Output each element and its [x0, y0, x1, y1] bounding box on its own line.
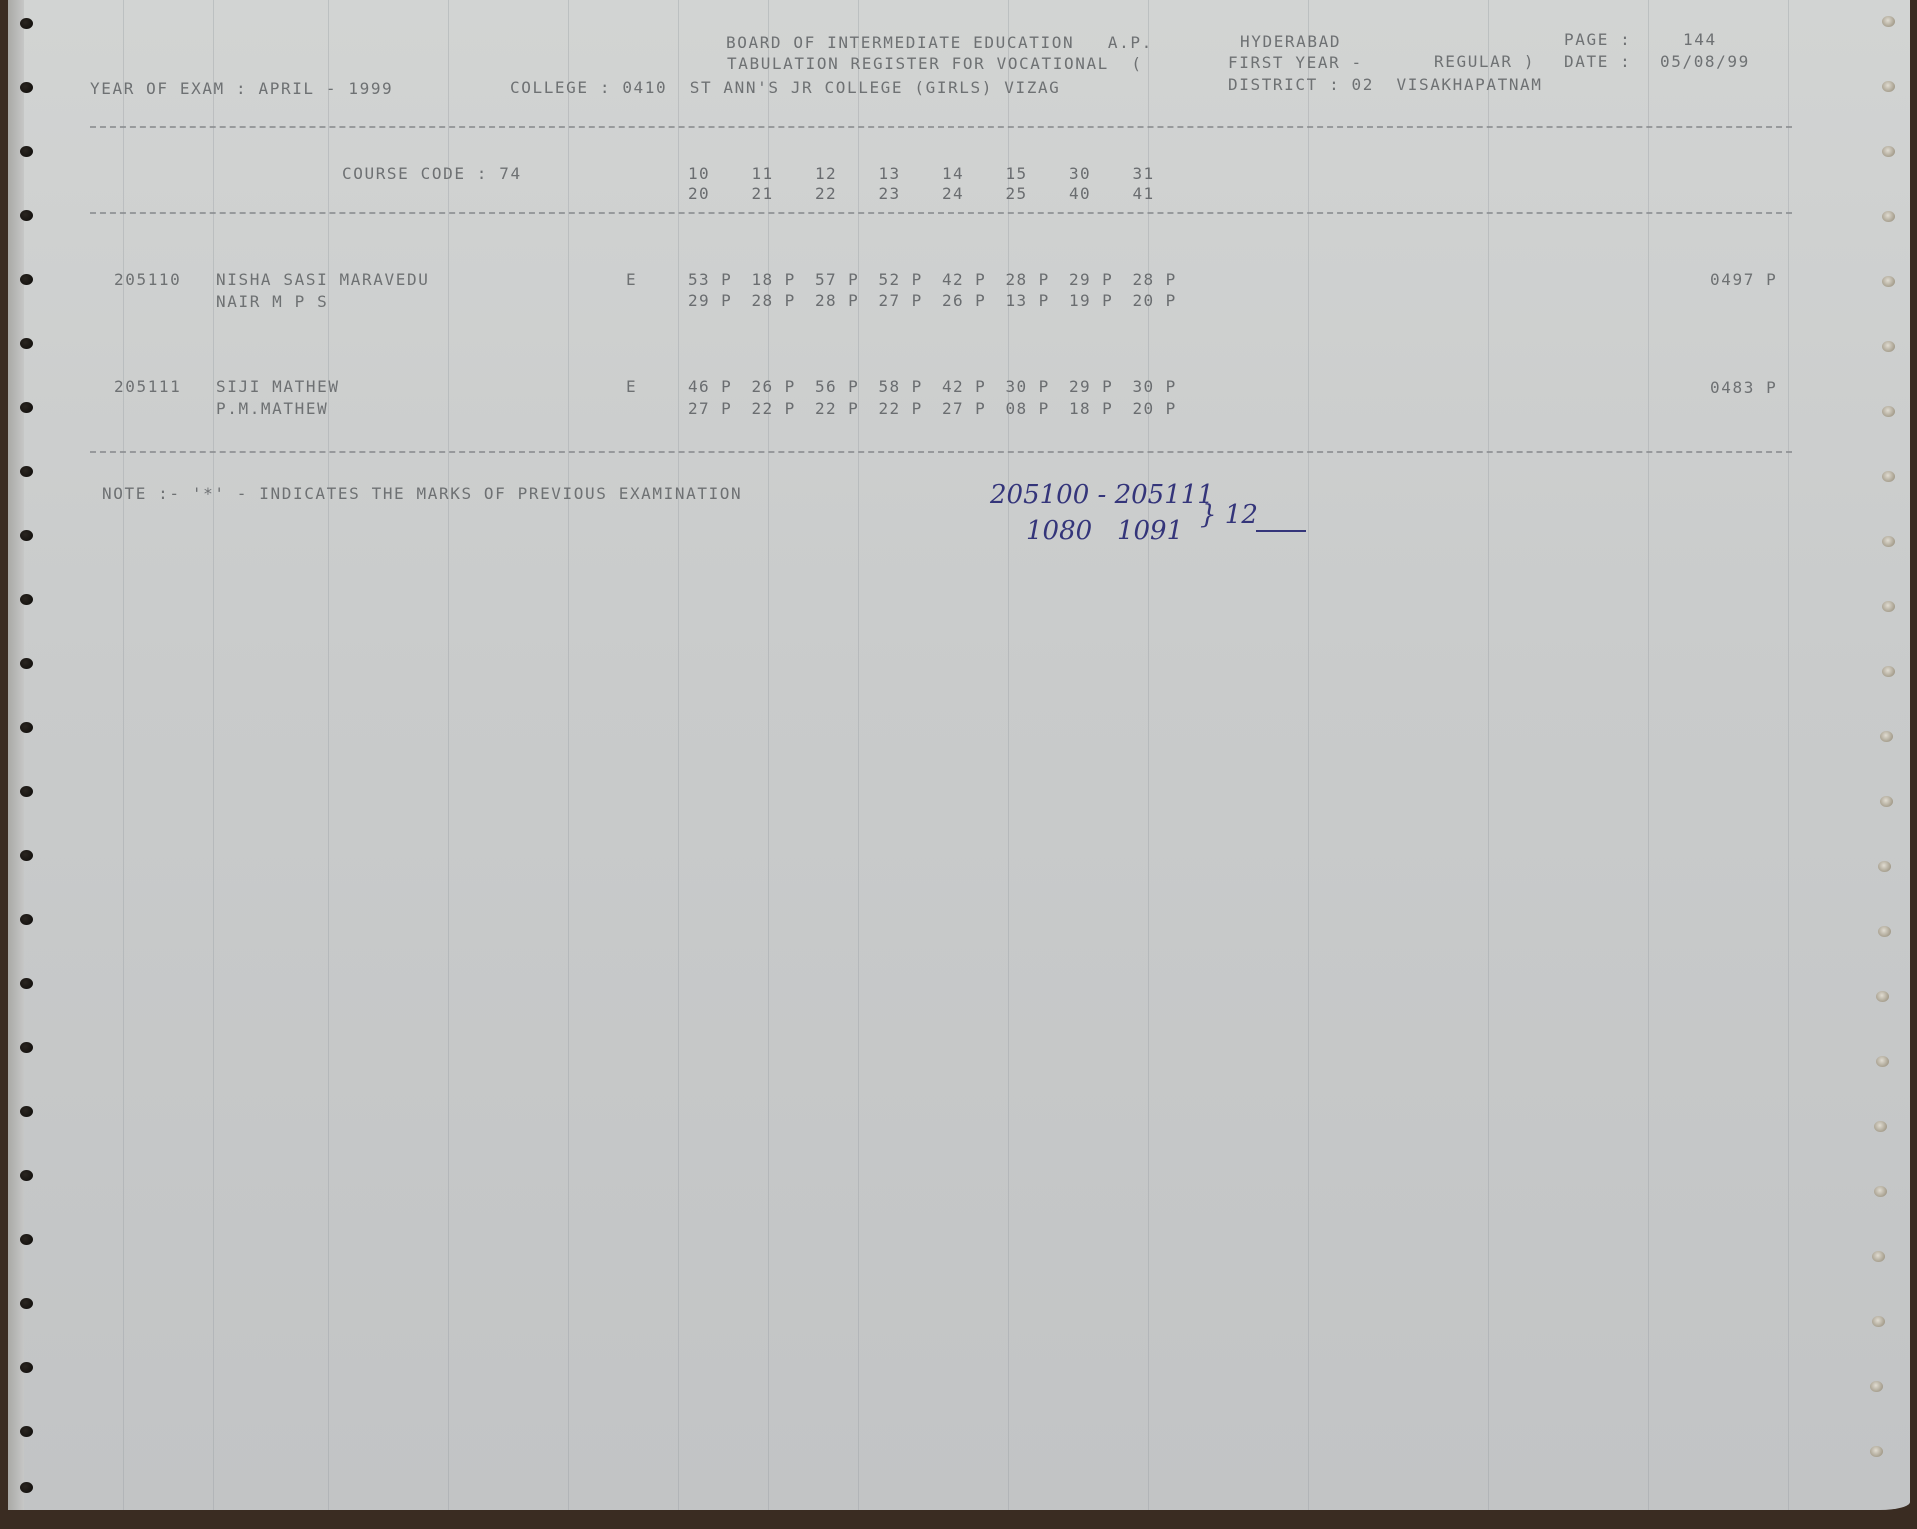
course-code: COURSE CODE : 74 — [342, 164, 522, 184]
paper-ruling — [1008, 0, 1009, 1510]
feed-hole-icon — [1878, 926, 1891, 937]
subject-mark: 20 P — [1133, 399, 1197, 419]
feed-hole-icon — [20, 978, 33, 989]
subject-mark: 18 P — [752, 270, 816, 290]
roll-number: 205110 — [114, 270, 181, 290]
paper-ruling — [1308, 0, 1309, 1510]
subject-mark: 57 P — [815, 270, 879, 290]
feed-hole-icon — [20, 658, 33, 669]
subject-mark: 29 P — [1069, 377, 1133, 397]
subject-mark: 46 P — [688, 377, 752, 397]
subject-code: 11 — [752, 164, 816, 184]
subject-code: 14 — [942, 164, 1006, 184]
feed-hole-icon — [1882, 276, 1895, 287]
subject-mark: 30 P — [1006, 377, 1070, 397]
dashed-separator — [90, 126, 1792, 128]
district-info: DISTRICT : 02 VISAKHAPATNAM — [1228, 75, 1543, 95]
handwritten-count: } 12 — [1200, 500, 1258, 530]
feed-hole-icon — [20, 1298, 33, 1309]
total-marks: 0483 P — [1710, 378, 1777, 398]
sheet-left-fold — [8, 0, 24, 1510]
medium: E — [626, 270, 637, 290]
paper-ruling — [768, 0, 769, 1510]
subject-mark: 29 P — [688, 291, 752, 311]
subject-code: 24 — [942, 184, 1006, 204]
year-of-exam: YEAR OF EXAM : APRIL - 1999 — [90, 79, 393, 99]
feed-hole-icon — [20, 530, 33, 541]
subject-code: 10 — [688, 164, 752, 184]
feed-hole-icon — [20, 594, 33, 605]
marks-row1: 53 P 18 P 57 P 52 P 42 P 28 P 29 P 28 P — [688, 270, 1196, 290]
parent-name: NAIR M P S — [216, 292, 328, 312]
feed-hole-icon — [20, 1482, 33, 1493]
subject-mark: 28 P — [815, 291, 879, 311]
subject-mark: 42 P — [942, 377, 1006, 397]
page-number: 144 — [1683, 30, 1717, 50]
feed-hole-icon — [1882, 211, 1895, 222]
print-date: 05/08/99 — [1660, 52, 1750, 72]
subject-code: 21 — [752, 184, 816, 204]
feed-hole-icon — [20, 18, 33, 29]
feed-hole-icon — [1876, 991, 1889, 1002]
paper-ruling — [448, 0, 449, 1510]
subject-mark: 27 P — [688, 399, 752, 419]
feed-hole-icon — [20, 274, 33, 285]
subject-mark: 28 P — [1133, 270, 1197, 290]
footnote: NOTE :- '*' - INDICATES THE MARKS OF PRE… — [102, 484, 742, 504]
register-title: TABULATION REGISTER FOR VOCATIONAL ( — [727, 54, 1143, 74]
subject-code: 25 — [1006, 184, 1070, 204]
paper-ruling — [213, 0, 214, 1510]
subject-mark: 52 P — [879, 270, 943, 290]
year-type: FIRST YEAR - — [1228, 53, 1363, 73]
medium: E — [626, 377, 637, 397]
paper-ruling — [1788, 0, 1789, 1510]
feed-hole-icon — [20, 466, 33, 477]
college-info: COLLEGE : 0410 ST ANN'S JR COLLEGE (GIRL… — [510, 78, 1060, 98]
feed-hole-icon — [20, 1426, 33, 1437]
feed-hole-icon — [20, 914, 33, 925]
feed-hole-icon — [1870, 1381, 1883, 1392]
subject-mark: 22 P — [752, 399, 816, 419]
board-title: BOARD OF INTERMEDIATE EDUCATION A.P. — [726, 33, 1153, 53]
feed-hole-icon — [20, 786, 33, 797]
feed-hole-icon — [20, 722, 33, 733]
feed-hole-icon — [20, 850, 33, 861]
subject-code: 31 — [1133, 164, 1197, 184]
feed-hole-icon — [20, 402, 33, 413]
subject-code: 40 — [1069, 184, 1133, 204]
feed-hole-icon — [1882, 341, 1895, 352]
feed-hole-icon — [1882, 16, 1895, 27]
feed-hole-icon — [20, 1362, 33, 1373]
handwritten-underline — [1256, 530, 1306, 532]
subject-mark: 53 P — [688, 270, 752, 290]
paper-ruling — [1488, 0, 1489, 1510]
subject-mark: 27 P — [879, 291, 943, 311]
student-name: SIJI MATHEW — [216, 377, 340, 397]
feed-hole-icon — [1874, 1121, 1887, 1132]
feed-hole-icon — [1882, 146, 1895, 157]
subject-mark: 18 P — [1069, 399, 1133, 419]
subject-code: 30 — [1069, 164, 1133, 184]
subject-codes-row2: 20 21 22 23 24 25 40 41 — [688, 184, 1196, 204]
feed-hole-icon — [1880, 731, 1893, 742]
printed-register-sheet: BOARD OF INTERMEDIATE EDUCATION A.P. HYD… — [8, 0, 1910, 1510]
paper-ruling — [123, 0, 124, 1510]
subject-code: 12 — [815, 164, 879, 184]
feed-hole-icon — [1882, 536, 1895, 547]
feed-hole-icon — [1872, 1251, 1885, 1262]
subject-mark: 13 P — [1006, 291, 1070, 311]
subject-mark: 08 P — [1006, 399, 1070, 419]
subject-code: 20 — [688, 184, 752, 204]
feed-hole-icon — [1876, 1056, 1889, 1067]
handwritten-roll-range: 205100 - 205111 — [990, 480, 1214, 510]
subject-mark: 20 P — [1133, 291, 1197, 311]
subject-mark: 58 P — [879, 377, 943, 397]
paper-ruling — [568, 0, 569, 1510]
subject-code: 23 — [879, 184, 943, 204]
marks-row2: 29 P 28 P 28 P 27 P 26 P 13 P 19 P 20 P — [688, 291, 1196, 311]
subject-mark: 19 P — [1069, 291, 1133, 311]
feed-hole-icon — [20, 1106, 33, 1117]
subject-mark: 56 P — [815, 377, 879, 397]
subject-mark: 30 P — [1133, 377, 1197, 397]
feed-hole-icon — [1882, 81, 1895, 92]
paper-ruling — [678, 0, 679, 1510]
dashed-separator — [90, 451, 1792, 453]
subject-code: 13 — [879, 164, 943, 184]
feed-hole-icon — [1874, 1186, 1887, 1197]
exam-type: REGULAR ) — [1434, 52, 1535, 72]
student-name: NISHA SASI MARAVEDU — [216, 270, 429, 290]
feed-hole-icon — [1870, 1446, 1883, 1457]
board-city: HYDERABAD — [1240, 32, 1341, 52]
page-label: PAGE : — [1564, 30, 1631, 50]
paper-ruling — [858, 0, 859, 1510]
subject-codes-row1: 10 11 12 13 14 15 30 31 — [688, 164, 1196, 184]
subject-mark: 27 P — [942, 399, 1006, 419]
subject-code: 41 — [1133, 184, 1197, 204]
feed-hole-icon — [20, 82, 33, 93]
subject-mark: 28 P — [752, 291, 816, 311]
feed-hole-icon — [1882, 471, 1895, 482]
feed-hole-icon — [1880, 796, 1893, 807]
subject-code: 22 — [815, 184, 879, 204]
feed-hole-icon — [20, 1042, 33, 1053]
feed-hole-icon — [20, 1234, 33, 1245]
feed-hole-icon — [20, 1170, 33, 1181]
subject-mark: 29 P — [1069, 270, 1133, 290]
subject-mark: 42 P — [942, 270, 1006, 290]
feed-hole-icon — [20, 146, 33, 157]
feed-hole-icon — [20, 210, 33, 221]
subject-mark: 22 P — [879, 399, 943, 419]
date-label: DATE : — [1564, 52, 1631, 72]
dashed-separator — [90, 212, 1792, 214]
paper-ruling — [1648, 0, 1649, 1510]
feed-hole-icon — [1878, 861, 1891, 872]
subject-code: 15 — [1006, 164, 1070, 184]
subject-mark: 28 P — [1006, 270, 1070, 290]
marks-row1: 46 P 26 P 56 P 58 P 42 P 30 P 29 P 30 P — [688, 377, 1196, 397]
parent-name: P.M.MATHEW — [216, 399, 328, 419]
paper-ruling — [1148, 0, 1149, 1510]
marks-row2: 27 P 22 P 22 P 22 P 27 P 08 P 18 P 20 P — [688, 399, 1196, 419]
feed-hole-icon — [1872, 1316, 1885, 1327]
feed-hole-icon — [20, 338, 33, 349]
feed-hole-icon — [1882, 406, 1895, 417]
roll-number: 205111 — [114, 377, 181, 397]
paper-ruling — [328, 0, 329, 1510]
feed-hole-icon — [1882, 666, 1895, 677]
total-marks: 0497 P — [1710, 270, 1777, 290]
subject-mark: 26 P — [752, 377, 816, 397]
subject-mark: 22 P — [815, 399, 879, 419]
feed-hole-icon — [1882, 601, 1895, 612]
subject-mark: 26 P — [942, 291, 1006, 311]
handwritten-serial-range: 1080 1091 — [1026, 516, 1183, 546]
